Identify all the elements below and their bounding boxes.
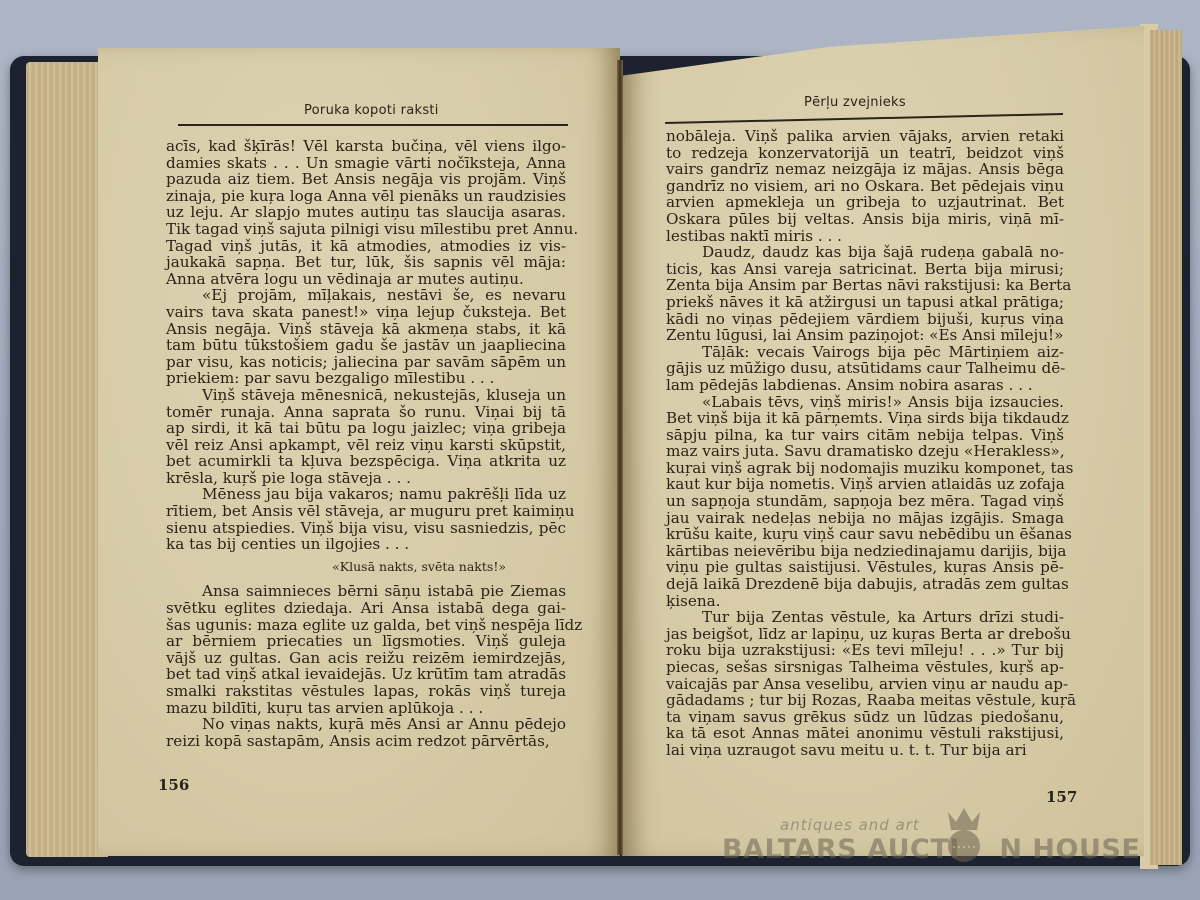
text-line: maz vairs juta. Savu dramatisko dzeju «H…	[666, 443, 1064, 460]
text-line: Tik tagad viņš sajuta pilnigi visu mīles…	[166, 221, 566, 238]
text-line: ķisena.	[666, 593, 1064, 610]
text-line: to redzeja konzervatorijā un teatrī, bei…	[666, 145, 1064, 162]
text-line: ap sirdi, it kā tai būtu pa logu jaizlec…	[166, 420, 566, 437]
right-para-1: nobāleja. Viņš palika arvien vājaks, arv…	[666, 128, 1064, 244]
text-line: kuŗai viņš agrak bij nodomajis muziku ko…	[666, 460, 1064, 477]
left-para-6: No viņas nakts, kuŗā mēs Ansi ar Annu pē…	[166, 716, 566, 749]
text-line: sienu atspiedies. Viņš bija visu, visu s…	[166, 520, 566, 537]
text-line: nobāleja. Viņš palika arvien vājaks, arv…	[666, 128, 1064, 145]
text-line: Tāļāk: vecais Vairogs bija pēc Mārtiņiem…	[666, 344, 1064, 361]
text-line: ticis, kas Ansi vareja satricinat. Berta…	[666, 261, 1064, 278]
text-line: ka tas bij centies un ilgojies . . .	[166, 536, 566, 553]
text-line: un sapņoja stundām, sapņoja bez mēra. Ta…	[666, 493, 1064, 510]
text-line: Tagad viņš jutās, it kā atmodies, atmodi…	[166, 238, 566, 255]
text-line: krēsla, kuŗš pie loga stāveja . . .	[166, 470, 566, 487]
crown-logo-icon	[944, 808, 984, 864]
text-line: kaut kur bija nometis. Viņš arvien atlai…	[666, 476, 1064, 493]
text-line: Zentu lūgusi, lai Ansim paziņojot: «Es A…	[666, 327, 1064, 344]
text-line: Tur bija Zentas vēstule, ka Arturs drīzi…	[666, 609, 1064, 626]
text-line: lam pēdejās labdienas. Ansim nobira asar…	[666, 377, 1064, 394]
page-edges-left	[26, 62, 108, 857]
section-heading: «Klusā nakts, svēta nakts!»	[166, 559, 566, 576]
right-para-4: «Labais tēvs, viņš miris!» Ansis bija iz…	[666, 394, 1064, 610]
left-header-rule	[178, 124, 568, 126]
right-page-text: nobāleja. Viņš palika arvien vājaks, arv…	[666, 128, 1064, 759]
text-line: vājš uz gultas. Gan acis reižu reizēm ie…	[166, 650, 566, 667]
right-para-2: Daudz, daudz kas bija šajā rudeņa gabalā…	[666, 244, 1064, 344]
watermark-tagline: antiques and art	[780, 816, 920, 834]
text-line: smalki rakstitas vēstules lapas, rokās v…	[166, 683, 566, 700]
text-line: lai viņa uzraugot savu meitu u. t. t. Tu…	[666, 742, 1064, 759]
text-line: «Labais tēvs, viņš miris!» Ansis bija iz…	[666, 394, 1064, 411]
page-edges-right	[1150, 30, 1182, 865]
text-line: gājis uz mūžigo dusu, atsūtidams caur Ta…	[666, 360, 1064, 377]
text-line: tam būtu tūkstošiem gadu še jastāv un ja…	[166, 337, 566, 354]
text-line: vēl reiz Ansi apkampt, vēl reiz viņu kar…	[166, 437, 566, 454]
text-line: uz leju. Ar slapjo mutes autiņu tas slau…	[166, 204, 566, 221]
left-para-5: Ansa saimnieces bērni sāņu istabā pie Zi…	[166, 583, 566, 716]
text-line: Bet viņš bija it kā pārņemts. Viņa sirds…	[666, 410, 1064, 427]
left-para-2: «Ej projām, mīļakais, nestāvi še, es nev…	[166, 287, 566, 387]
left-running-head: Poruka kopoti raksti	[304, 103, 439, 118]
text-line: mazu bildīti, kuŗu tas arvien aplūkoja .…	[166, 700, 566, 717]
right-para-5: Tur bija Zentas vēstule, ka Arturs drīzi…	[666, 609, 1064, 758]
text-line: piecas, sešas sirsnigas Talheima vēstule…	[666, 659, 1064, 676]
text-line: gādadams ; tur bij Rozas, Raaba meitas v…	[666, 692, 1064, 709]
text-line: jaukakā sapņa. Bet tur, lūk, šis sapnis …	[166, 254, 566, 271]
text-line: roku bija uzrakstijusi: «Es tevi mīleju!…	[666, 642, 1064, 659]
left-para-3: Viņš stāveja mēnesnicā, nekustejās, klus…	[166, 387, 566, 487]
text-line: sāpju pilna, ka tur vairs citām nebija t…	[666, 427, 1064, 444]
text-line: dejā laikā Drezdenē bija dabujis, atradā…	[666, 576, 1064, 593]
text-line: jas beigšot, līdz ar lapiņu, uz kuŗas Be…	[666, 626, 1064, 643]
text-line: Daudz, daudz kas bija šajā rudeņa gabalā…	[666, 244, 1064, 261]
text-line: pazuda aiz tiem. Bet Ansis negāja vis pr…	[166, 171, 566, 188]
text-line: ar bērniem priecaties un līgsmoties. Viņ…	[166, 633, 566, 650]
text-line: jau vairak nedeļas nebija no mājas izgāj…	[666, 510, 1064, 527]
text-line: reizi kopā sastapām, Ansis acim redzot p…	[166, 733, 566, 750]
text-line: par visu, kas noticis; jaliecina par sav…	[166, 354, 566, 371]
text-line: Mēness jau bija vakaros; namu pakrēšļi l…	[166, 486, 566, 503]
text-line: No viņas nakts, kuŗā mēs Ansi ar Annu pē…	[166, 716, 566, 733]
text-line: Viņš stāveja mēnesnicā, nekustejās, klus…	[166, 387, 566, 404]
text-line: Ansa saimnieces bērni sāņu istabā pie Zi…	[166, 583, 566, 600]
text-line: Oskara pūles bij veltas. Ansis bija miri…	[666, 211, 1064, 228]
text-line: acīs, kad šķīrās! Vēl karsta bučiņa, vēl…	[166, 138, 566, 155]
text-line: svētku eglites dziedaja. Ari Ansa istabā…	[166, 600, 566, 617]
text-line: kādi no viņas pēdejiem vārdiem bijuši, k…	[666, 311, 1064, 328]
text-line: bet acumirkli ta kļuva bezspēciga. Viņa …	[166, 453, 566, 470]
text-line: vairs gandrīz nemaz neizgāja iz mājas. A…	[666, 161, 1064, 178]
text-line: damies skats . . . Un smagie vārti nočīk…	[166, 155, 566, 172]
text-line: Zenta bija Ansim par Bertas nāvi rakstij…	[666, 277, 1064, 294]
watermark-brand: BALTARS AUCTI N HOUSE	[722, 834, 1140, 865]
left-para-1: acīs, kad šķīrās! Vēl karsta bučiņa, vēl…	[166, 138, 566, 287]
text-line: bet tad viņš atkal ievaidejās. Uz krūtīm…	[166, 666, 566, 683]
text-line: zinaja, pie kuŗa loga Anna vēl pienāks u…	[166, 188, 566, 205]
text-line: arvien apmekleja un gribeja to uzjautrin…	[666, 194, 1064, 211]
right-para-3: Tāļāk: vecais Vairogs bija pēc Mārtiņiem…	[666, 344, 1064, 394]
text-line: tomēr runaja. Anna saprata šo runu. Viņa…	[166, 404, 566, 421]
left-para-4: Mēness jau bija vakaros; namu pakrēšļi l…	[166, 486, 566, 552]
text-line: priekš nāves it kā atžirgusi un tapusi a…	[666, 294, 1064, 311]
text-line: šas ugunis: maza eglite uz galda, bet vi…	[166, 617, 566, 634]
text-line: ta viņam savus grēkus sūdz un lūdzas pie…	[666, 709, 1064, 726]
text-line: vairs tava skata panest!» viņa lejup čuk…	[166, 304, 566, 321]
text-line: vaicajās par Ansa veselibu, arvien viņu …	[666, 676, 1064, 693]
book-gutter	[617, 60, 623, 855]
text-line: lestibas naktī miris . . .	[666, 228, 1064, 245]
text-line: Anna atvēra logu un vēdinaja ar mutes au…	[166, 271, 566, 288]
text-line: viņu pie gultas saistijusi. Vēstules, ku…	[666, 559, 1064, 576]
left-page-number: 156	[158, 776, 189, 794]
text-line: krūšu kaite, kuŗu viņš caur savu nebēdib…	[666, 526, 1064, 543]
text-line: gandrīz no visiem, ari no Oskara. Bet pē…	[666, 178, 1064, 195]
text-line: «Ej projām, mīļakais, nestāvi še, es nev…	[166, 287, 566, 304]
text-line: kārtibas neievēribu bija nedziedinajamu …	[666, 543, 1064, 560]
text-line: priekiem: par savu bezgaligo mīlestibu .…	[166, 370, 566, 387]
left-page-text: acīs, kad šķīrās! Vēl karsta bučiņa, vēl…	[166, 138, 566, 749]
right-page-number: 157	[1046, 788, 1077, 806]
text-line: ka tā esot Annas mātei anonimu vēstuli r…	[666, 725, 1064, 742]
right-running-head: Pērļu zvejnieks	[804, 95, 906, 110]
text-line: Ansis negāja. Viņš stāveja kā akmeņa sta…	[166, 321, 566, 338]
text-line: rītiem, bet Ansis vēl stāveja, ar muguru…	[166, 503, 566, 520]
